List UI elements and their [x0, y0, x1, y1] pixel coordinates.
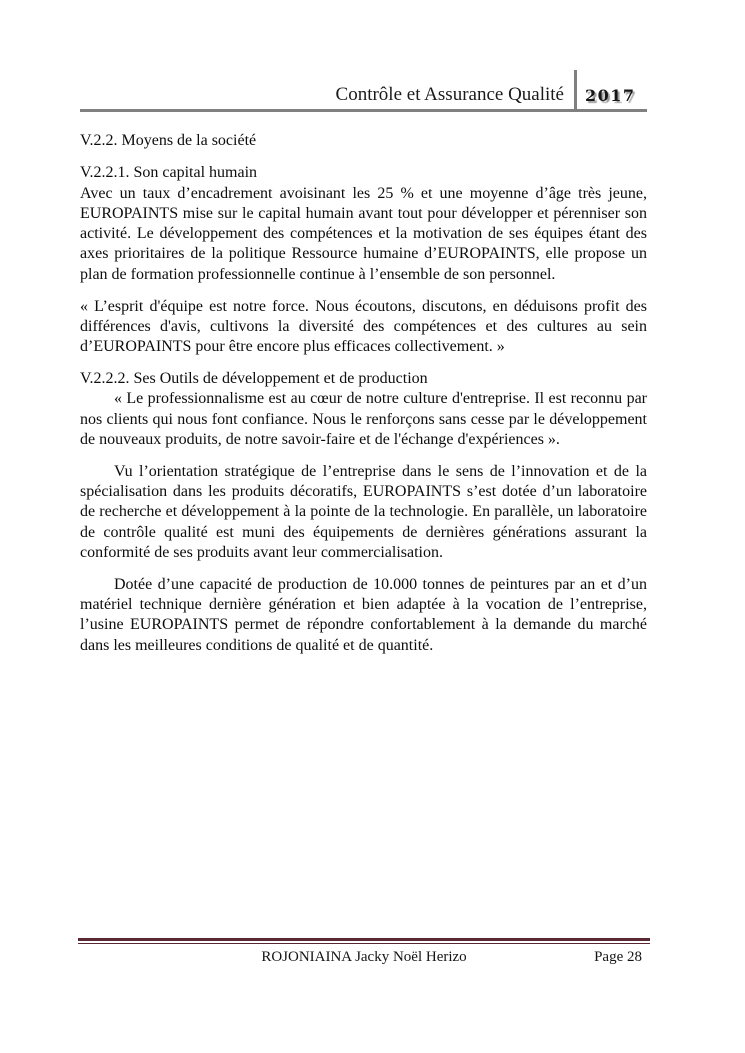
document-page: Contrôle et Assurance Qualité 2017 V.2.2…	[0, 0, 745, 1053]
section-heading: V.2.2.2. Ses Outils de développement et …	[80, 369, 647, 389]
quote-paragraph: « Le professionnalisme est au cœur de no…	[80, 389, 647, 450]
document-body: V.2.2. Moyens de la société V.2.2.1. Son…	[80, 131, 647, 656]
body-paragraph: Avec un taux d’encadrement avoisinant le…	[80, 184, 647, 285]
footer-page-number: Page 28	[594, 949, 642, 966]
footer-author: ROJONIAINA Jacky Noël Herizo	[78, 949, 650, 966]
body-paragraph: Vu l’orientation stratégique de l’entrep…	[80, 462, 647, 563]
section-heading: V.2.2.1. Son capital humain	[80, 163, 647, 183]
page-content: Contrôle et Assurance Qualité 2017 V.2.2…	[80, 0, 647, 656]
section-heading: V.2.2. Moyens de la société	[80, 131, 647, 151]
header-rule	[80, 109, 647, 112]
footer-row: ROJONIAINA Jacky Noël Herizo Page 28	[78, 949, 650, 966]
page-footer: ROJONIAINA Jacky Noël Herizo Page 28	[78, 938, 650, 966]
header-title: Contrôle et Assurance Qualité	[80, 85, 574, 109]
page-header: Contrôle et Assurance Qualité 2017	[80, 70, 647, 109]
header-year: 2017	[577, 86, 647, 109]
quote-paragraph: « L’esprit d'équipe est notre force. Nou…	[80, 297, 647, 358]
body-paragraph: Dotée d’une capacité de production de 10…	[80, 575, 647, 656]
footer-rule	[78, 938, 650, 944]
